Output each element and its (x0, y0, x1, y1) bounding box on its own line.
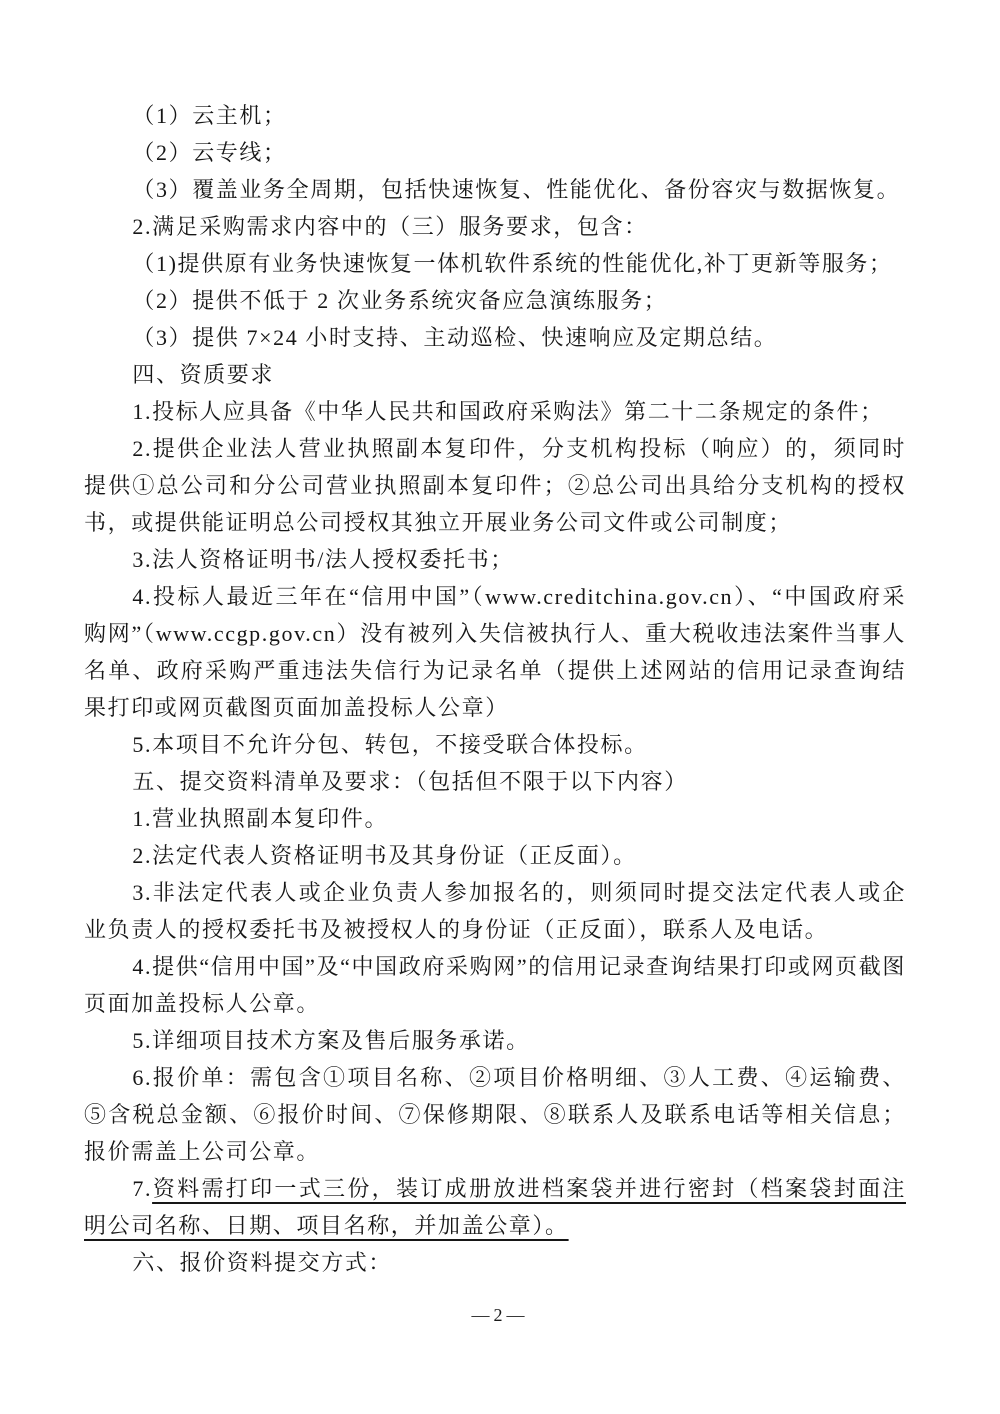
sub-item-7x24-support: （3）提供 7×24 小时支持、主动巡检、快速响应及定期总结。 (84, 319, 906, 356)
item-material-2: 2.法定代表人资格证明书及其身份证（正反面）。 (84, 837, 906, 874)
item-qualification-3: 3.法人资格证明书/法人授权委托书； (84, 541, 906, 578)
section-heading-qualifications: 四、资质要求 (84, 356, 906, 393)
item-service-requirements: 2.满足采购需求内容中的（三）服务要求，包含： (84, 208, 906, 245)
item-material-6: 6.报价单：需包含①项目名称、②项目价格明细、③人工费、④运输费、⑤含税总金额、… (84, 1059, 906, 1170)
item-qualification-1: 1.投标人应具备《中华人民共和国政府采购法》第二十二条规定的条件； (84, 393, 906, 430)
sub-item-cloud-line: （2）云专线； (84, 134, 906, 171)
item-material-7-underlined-text: 资料需打印一式三份，装订成册放进档案袋并进行密封（档案袋封面注明公司名称、日期、… (84, 1176, 906, 1238)
item-material-1: 1.营业执照副本复印件。 (84, 800, 906, 837)
item-material-4: 4.提供“信用中国”及“中国政府采购网”的信用记录查询结果打印或网页截图页面加盖… (84, 948, 906, 1022)
sub-item-performance-optimization: （1)提供原有业务快速恢复一体机软件系统的性能优化,补丁更新等服务； (84, 245, 906, 282)
document-page: （1）云主机； （2）云专线； （3）覆盖业务全周期，包括快速恢复、性能优化、备… (0, 0, 1000, 1414)
item-qualification-2: 2.提供企业法人营业执照副本复印件，分支机构投标（响应）的，须同时提供①总公司和… (84, 430, 906, 541)
sub-item-full-lifecycle: （3）覆盖业务全周期，包括快速恢复、性能优化、备份容灾与数据恢复。 (84, 171, 906, 208)
section-heading-materials: 五、提交资料清单及要求：（包括但不限于以下内容） (84, 763, 906, 800)
item-material-7: 7.资料需打印一式三份，装订成册放进档案袋并进行密封（档案袋封面注明公司名称、日… (84, 1170, 906, 1244)
sub-item-cloud-host: （1）云主机； (84, 97, 906, 134)
item-material-5: 5.详细项目技术方案及售后服务承诺。 (84, 1022, 906, 1059)
page-number: —2— (0, 1305, 1000, 1326)
document-body: （1）云主机； （2）云专线； （3）覆盖业务全周期，包括快速恢复、性能优化、备… (84, 97, 906, 1281)
item-qualification-5: 5.本项目不允许分包、转包，不接受联合体投标。 (84, 726, 906, 763)
sub-item-disaster-drill: （2）提供不低于 2 次业务系统灾备应急演练服务； (84, 282, 906, 319)
item-material-7-number: 7. (132, 1176, 152, 1201)
section-heading-submission: 六、报价资料提交方式： (84, 1244, 906, 1281)
item-material-3: 3.非法定代表人或企业负责人参加报名的，则须同时提交法定代表人或企业负责人的授权… (84, 874, 906, 948)
item-qualification-4: 4.投标人最近三年在“信用中国”（www.creditchina.gov.cn）… (84, 578, 906, 726)
